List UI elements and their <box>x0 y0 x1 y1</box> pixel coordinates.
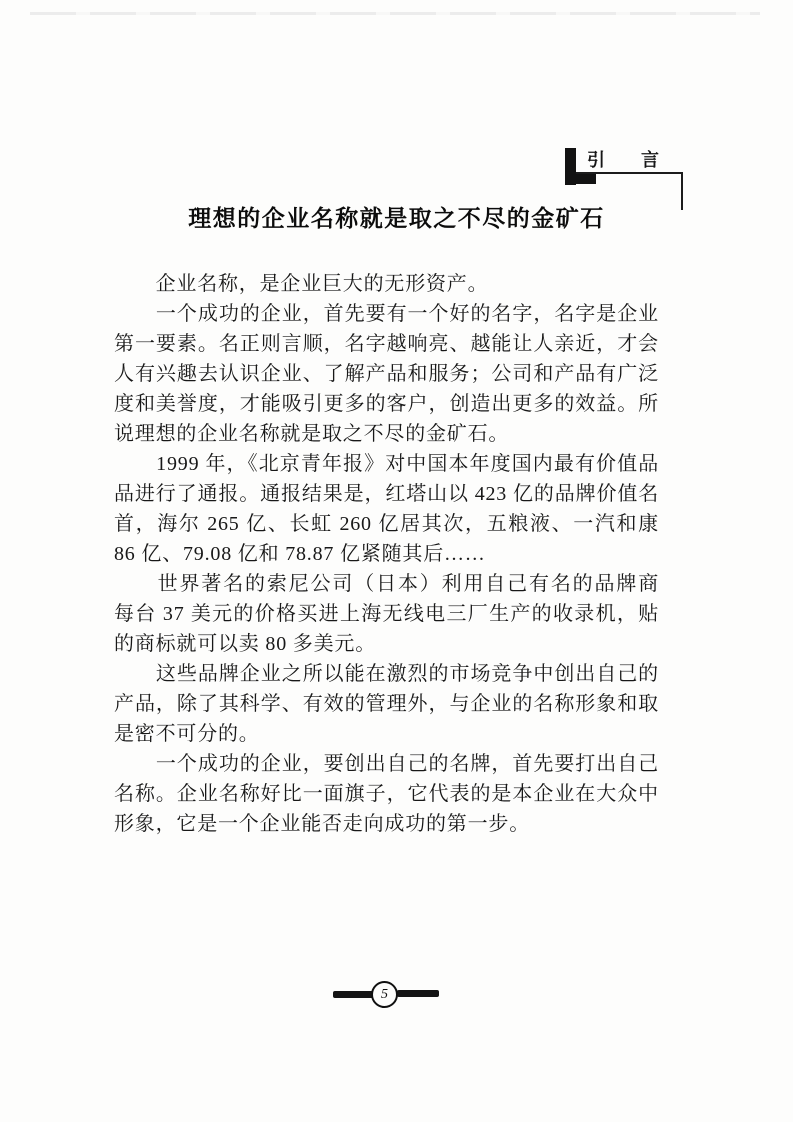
text-line: 的商标就可以卖 80 多美元。 <box>114 629 659 659</box>
text-line: 86 亿、79.08 亿和 78.87 亿紧随其后…… <box>114 539 659 569</box>
scan-edge-artifact <box>30 12 760 15</box>
book-page: 引 言 理想的企业名称就是取之不尽的金矿石 企业名称，是企业巨大的无形资产。 一… <box>0 0 793 1122</box>
text-line: 1999 年，《北京青年报》对中国本年度国内最有价值品牌的商 <box>114 449 659 479</box>
page-title: 理想的企业名称就是取之不尽的金矿石 <box>0 200 793 233</box>
footer-rule-left <box>333 991 374 998</box>
text-line: 说理想的企业名称就是取之不尽的金矿石。 <box>114 419 659 449</box>
text-line: 名称。企业名称好比一面旗子，它代表的是本企业在大众中的第一 <box>114 779 659 809</box>
text-line: 是密不可分的。 <box>114 719 659 749</box>
footer-rule-right <box>397 990 439 997</box>
text-line: 产品，除了其科学、有效的管理外，与企业的名称形象和取名策划 <box>114 689 659 719</box>
text-line: 第一要素。名正则言顺，名字越响亮、越能让人亲近，才会有更多的 <box>114 329 659 359</box>
text-line: 这些品牌企业之所以能在激烈的市场竞争中创出自己的品牌 <box>114 659 659 689</box>
text-line: 一个成功的企业，要创出自己的名牌，首先要打出自己响亮的 <box>114 749 659 779</box>
running-head: 引 言 <box>587 146 668 172</box>
body-text: 企业名称，是企业巨大的无形资产。 一个成功的企业，首先要有一个好的名字，名字是企… <box>114 269 659 839</box>
text-line: 一个成功的企业，首先要有一个好的名字，名字是企业形象的 <box>114 299 659 329</box>
text-line: 每台 37 美元的价格买进上海无线电三厂生产的收录机，贴上自己 <box>114 599 659 629</box>
text-line: 品进行了通报。通报结果是，红塔山以 423 亿的品牌价值名列榜 <box>114 479 659 509</box>
corner-mark-foot <box>565 173 596 184</box>
text-line: 形象，它是一个企业能否走向成功的第一步。 <box>114 809 659 839</box>
text-line: 人有兴趣去认识企业、了解产品和服务；公司和产品有广泛的知名 <box>114 359 659 389</box>
text-line: 首，海尔 265 亿、长虹 260 亿居其次，五粮液、一汽和康佳分别以 <box>114 509 659 539</box>
page-number-badge: 5 <box>371 981 398 1008</box>
header-rule-horizontal <box>576 172 683 174</box>
text-line: 度和美誉度，才能吸引更多的客户，创造出更多的效益。所以我们 <box>114 389 659 419</box>
text-line: 企业名称，是企业巨大的无形资产。 <box>114 269 659 299</box>
text-line: 世界著名的索尼公司（日本）利用自己有名的品牌商标，曾以 <box>114 569 659 599</box>
